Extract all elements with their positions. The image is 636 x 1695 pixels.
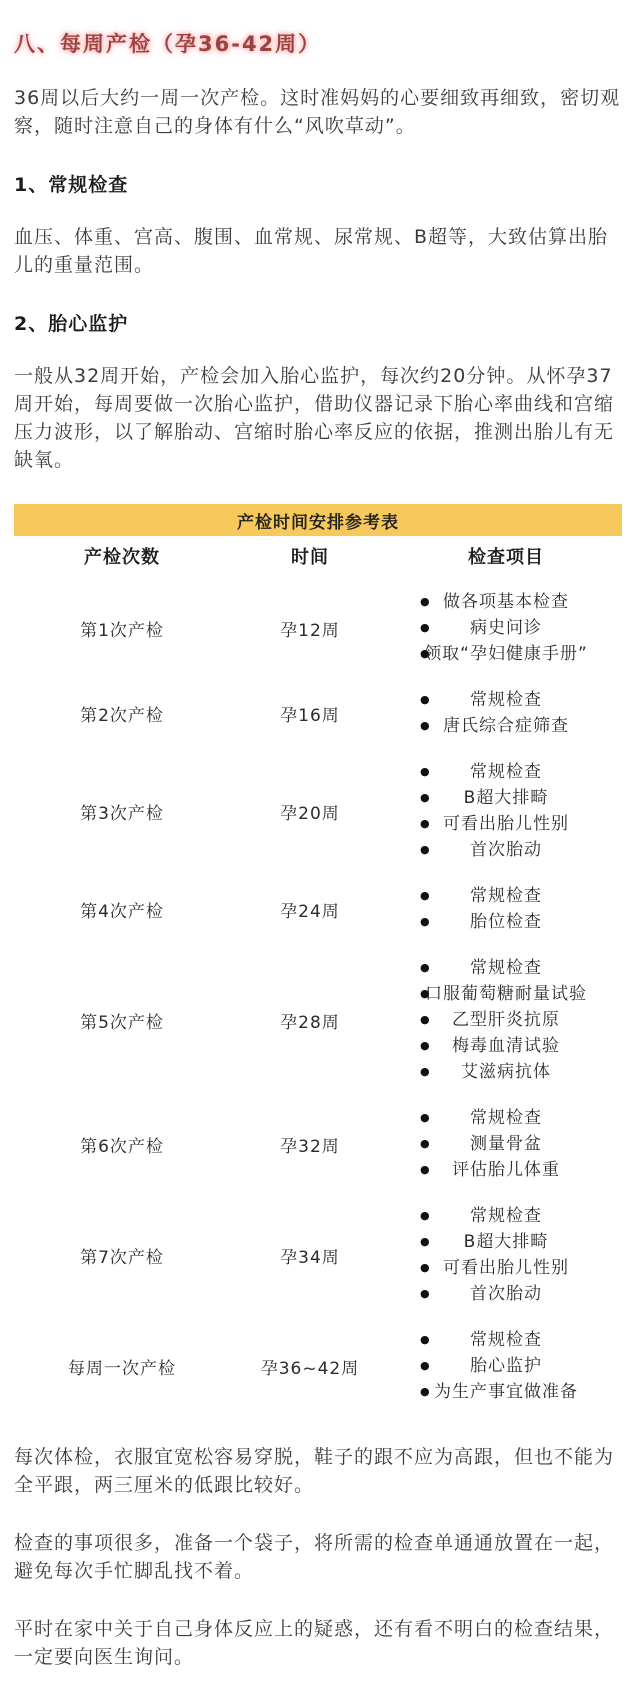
time-cell: 孕20周 <box>230 799 390 824</box>
checkup-item: ●可看出胎儿性别 <box>390 811 622 837</box>
visit-number-cell: 第2次产检 <box>14 701 230 726</box>
bullet-icon: ● <box>420 883 431 909</box>
checkup-items-cell: ●常规检查●口服葡萄糖耐量试验●乙型肝炎抗原●梅毒血清试验●艾滋病抗体 <box>390 955 622 1085</box>
table-row: 第4次产检孕24周●常规检查●胎位检查 <box>14 883 622 935</box>
checkup-item: ●乙型肝炎抗原 <box>390 1007 622 1033</box>
column-header-visit: 产检次数 <box>14 543 230 569</box>
bullet-icon: ● <box>420 1105 431 1131</box>
checkup-item: ●测量骨盆 <box>390 1131 622 1157</box>
bullet-icon: ● <box>420 615 431 641</box>
checkup-items-cell: ●常规检查●B超大排畸●可看出胎儿性别●首次胎动 <box>390 759 622 863</box>
checkup-item-label: 做各项基本检查 <box>443 592 569 612</box>
checkup-item-label: 艾滋病抗体 <box>461 1062 551 1082</box>
checkup-item: ●B超大排畸 <box>390 785 622 811</box>
bullet-icon: ● <box>420 1327 431 1353</box>
visit-number-cell: 每周一次产检 <box>14 1354 230 1379</box>
time-cell: 孕28周 <box>230 1008 390 1033</box>
checkup-item-label: 首次胎动 <box>470 1284 542 1304</box>
checkup-item-label: B超大排畸 <box>464 788 549 808</box>
outro-paragraph-3: 平时在家中关于自己身体反应上的疑惑，还有看不明白的检查结果，一定要向医生询问。 <box>14 1615 622 1671</box>
checkup-item-label: 常规检查 <box>470 886 542 906</box>
time-cell: 孕34周 <box>230 1243 390 1268</box>
checkup-item: ●为生产事宜做准备 <box>390 1379 622 1405</box>
checkup-item: ●常规检查 <box>390 1203 622 1229</box>
bullet-icon: ● <box>420 641 431 667</box>
checkup-item: ●病史问诊 <box>390 615 622 641</box>
checkup-item-label: 梅毒血清试验 <box>452 1036 560 1056</box>
bullet-icon: ● <box>420 1059 431 1085</box>
checkup-item-label: 常规检查 <box>470 1206 542 1226</box>
time-cell: 孕16周 <box>230 701 390 726</box>
checkup-item-label: 常规检查 <box>470 1330 542 1350</box>
checkup-item-label: 常规检查 <box>470 1108 542 1128</box>
bullet-icon: ● <box>420 837 431 863</box>
checkup-item-label: 病史问诊 <box>470 618 542 638</box>
checkup-item: ●首次胎动 <box>390 837 622 863</box>
bullet-icon: ● <box>420 1229 431 1255</box>
table-row: 第2次产检孕16周●常规检查●唐氏综合症筛查 <box>14 687 622 739</box>
checkup-items-cell: ●常规检查●胎位检查 <box>390 883 622 935</box>
checkup-item: ●可看出胎儿性别 <box>390 1255 622 1281</box>
intro-paragraph-1: 36周以后大约一周一次产检。这时准妈妈的心要细致再细致，密切观察，随时注意自己的… <box>14 84 622 140</box>
checkup-item-label: 胎心监护 <box>470 1356 542 1376</box>
time-cell: 孕24周 <box>230 897 390 922</box>
checkup-items-cell: ●常规检查●胎心监护●为生产事宜做准备 <box>390 1327 622 1405</box>
bullet-icon: ● <box>420 811 431 837</box>
checkup-item: ●胎位检查 <box>390 909 622 935</box>
section-heading-fetal-heart-monitoring: 2、胎心监护 <box>14 309 622 336</box>
bullet-icon: ● <box>420 589 431 615</box>
bullet-icon: ● <box>420 1203 431 1229</box>
checkup-item-label: 可看出胎儿性别 <box>443 814 569 834</box>
checkup-item: ●常规检查 <box>390 759 622 785</box>
checkup-item-label: 首次胎动 <box>470 840 542 860</box>
visit-number-cell: 第7次产检 <box>14 1243 230 1268</box>
intro-paragraph-2: 血压、体重、宫高、腹围、血常规、尿常规、B超等，大致估算出胎儿的重量范围。 <box>14 223 622 279</box>
article-title: 八、每周产检（孕36-42周） <box>14 28 622 58</box>
column-header-items: 检查项目 <box>390 543 622 569</box>
checkup-schedule-table: 产检时间安排参考表 产检次数 时间 检查项目 第1次产检孕12周●做各项基本检查… <box>14 504 622 1405</box>
bullet-icon: ● <box>420 909 431 935</box>
checkup-item-label: 常规检查 <box>470 690 542 710</box>
column-header-time: 时间 <box>230 543 390 569</box>
bullet-icon: ● <box>420 1007 431 1033</box>
intro-paragraph-3: 一般从32周开始，产检会加入胎心监护，每次约20分钟。从怀孕37周开始，每周要做… <box>14 362 622 474</box>
bullet-icon: ● <box>420 1255 431 1281</box>
visit-number-cell: 第5次产检 <box>14 1008 230 1033</box>
checkup-items-cell: ●常规检查●测量骨盆●评估胎儿体重 <box>390 1105 622 1183</box>
checkup-item: ●常规检查 <box>390 955 622 981</box>
table-row: 第3次产检孕20周●常规检查●B超大排畸●可看出胎儿性别●首次胎动 <box>14 759 622 863</box>
time-cell: 孕12周 <box>230 616 390 641</box>
bullet-icon: ● <box>420 1157 431 1183</box>
checkup-item-label: 为生产事宜做准备 <box>434 1382 578 1402</box>
checkup-item-label: B超大排畸 <box>464 1232 549 1252</box>
table-header-row: 产检次数 时间 检查项目 <box>14 543 622 569</box>
checkup-item: ●B超大排畸 <box>390 1229 622 1255</box>
checkup-item: ●艾滋病抗体 <box>390 1059 622 1085</box>
checkup-item-label: 测量骨盆 <box>470 1134 542 1154</box>
bullet-icon: ● <box>420 1033 431 1059</box>
table-row: 第7次产检孕34周●常规检查●B超大排畸●可看出胎儿性别●首次胎动 <box>14 1203 622 1307</box>
bullet-icon: ● <box>420 785 431 811</box>
outro-paragraph-2: 检查的事项很多，准备一个袋子，将所需的检查单通通放置在一起，避免每次手忙脚乱找不… <box>14 1529 622 1585</box>
visit-number-cell: 第1次产检 <box>14 616 230 641</box>
table-row: 每周一次产检孕36~42周●常规检查●胎心监护●为生产事宜做准备 <box>14 1327 622 1405</box>
checkup-item-label: 唐氏综合症筛查 <box>443 716 569 736</box>
visit-number-cell: 第6次产检 <box>14 1132 230 1157</box>
checkup-item-label: 乙型肝炎抗原 <box>452 1010 560 1030</box>
checkup-item-label: 胎位检查 <box>470 912 542 932</box>
checkup-item-label: 口服葡萄糖耐量试验 <box>425 984 587 1004</box>
bullet-icon: ● <box>420 1353 431 1379</box>
checkup-item-label: 常规检查 <box>470 958 542 978</box>
table-title-bar: 产检时间安排参考表 <box>14 504 622 536</box>
table-row: 第6次产检孕32周●常规检查●测量骨盆●评估胎儿体重 <box>14 1105 622 1183</box>
bullet-icon: ● <box>420 1131 431 1157</box>
bullet-icon: ● <box>420 687 431 713</box>
checkup-item: ●常规检查 <box>390 1105 622 1131</box>
table-body: 第1次产检孕12周●做各项基本检查●病史问诊●领取“孕妇健康手册”第2次产检孕1… <box>14 589 622 1405</box>
checkup-item: ●唐氏综合症筛查 <box>390 713 622 739</box>
table-row: 第1次产检孕12周●做各项基本检查●病史问诊●领取“孕妇健康手册” <box>14 589 622 667</box>
checkup-item: ●口服葡萄糖耐量试验 <box>390 981 622 1007</box>
checkup-items-cell: ●常规检查●B超大排畸●可看出胎儿性别●首次胎动 <box>390 1203 622 1307</box>
checkup-item: ●首次胎动 <box>390 1281 622 1307</box>
bullet-icon: ● <box>420 759 431 785</box>
checkup-item: ●做各项基本检查 <box>390 589 622 615</box>
checkup-item: ●常规检查 <box>390 883 622 909</box>
checkup-items-cell: ●做各项基本检查●病史问诊●领取“孕妇健康手册” <box>390 589 622 667</box>
bullet-icon: ● <box>420 713 431 739</box>
checkup-item: ●领取“孕妇健康手册” <box>390 641 622 667</box>
visit-number-cell: 第4次产检 <box>14 897 230 922</box>
bullet-icon: ● <box>420 1379 431 1405</box>
checkup-item-label: 常规检查 <box>470 762 542 782</box>
checkup-item: ●常规检查 <box>390 687 622 713</box>
table-row: 第5次产检孕28周●常规检查●口服葡萄糖耐量试验●乙型肝炎抗原●梅毒血清试验●艾… <box>14 955 622 1085</box>
checkup-item-label: 评估胎儿体重 <box>452 1160 560 1180</box>
time-cell: 孕32周 <box>230 1132 390 1157</box>
checkup-items-cell: ●常规检查●唐氏综合症筛查 <box>390 687 622 739</box>
article-page: 八、每周产检（孕36-42周） 36周以后大约一周一次产检。这时准妈妈的心要细致… <box>0 0 636 1695</box>
checkup-item-label: 领取“孕妇健康手册” <box>424 644 588 664</box>
bullet-icon: ● <box>420 981 431 1007</box>
checkup-item: ●评估胎儿体重 <box>390 1157 622 1183</box>
checkup-item: ●胎心监护 <box>390 1353 622 1379</box>
checkup-item: ●常规检查 <box>390 1327 622 1353</box>
checkup-item: ●梅毒血清试验 <box>390 1033 622 1059</box>
checkup-item-label: 可看出胎儿性别 <box>443 1258 569 1278</box>
bullet-icon: ● <box>420 955 431 981</box>
time-cell: 孕36~42周 <box>230 1354 390 1379</box>
outro-paragraph-1: 每次体检，衣服宜宽松容易穿脱，鞋子的跟不应为高跟，但也不能为全平跟，两三厘米的低… <box>14 1443 622 1499</box>
bullet-icon: ● <box>420 1281 431 1307</box>
visit-number-cell: 第3次产检 <box>14 799 230 824</box>
section-heading-regular-checks: 1、常规检查 <box>14 170 622 197</box>
